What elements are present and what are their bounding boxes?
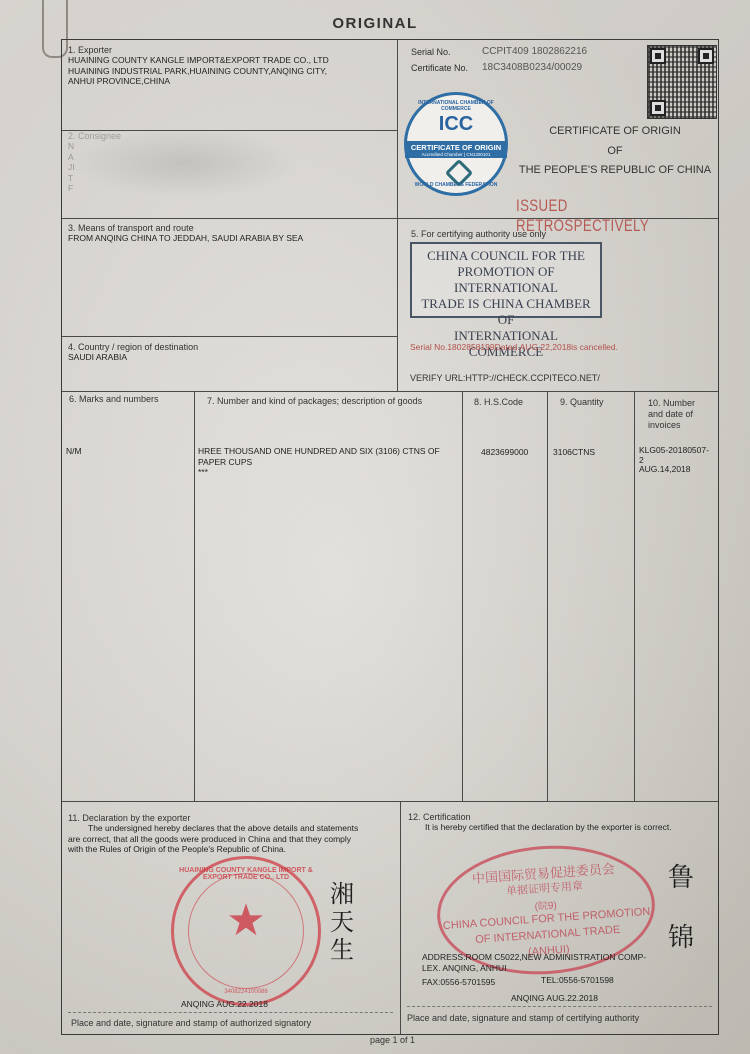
table-row-description: HREE THOUSAND ONE HUNDRED AND SIX (3106)… <box>198 446 440 478</box>
authority-signature: 鲁 锦 <box>668 848 694 968</box>
ccpit-line: PROMOTION OF INTERNATIONAL <box>418 264 594 296</box>
declaration-line: with the Rules of Origin of the People's… <box>68 844 398 855</box>
cancellation-note: Serial No.1802858199Dated.AUG.22,2018is … <box>410 342 618 352</box>
declaration-line: The undersigned hereby declares that the… <box>68 823 398 834</box>
divider <box>194 391 195 801</box>
authority-place-date: ANQING AUG.22.2018 <box>511 993 598 1004</box>
authority-tel: TEL:0556-5701598 <box>541 975 614 986</box>
header-quantity: 9. Quantity <box>560 397 604 407</box>
declaration-section: 11. Declaration by the exporter The unde… <box>68 813 398 855</box>
certificate-label: Certificate No. <box>411 63 468 73</box>
icc-band-title: CERTIFICATE OF ORIGIN <box>411 143 501 152</box>
signature-line <box>407 1006 712 1007</box>
destination-section: 4. Country / region of destination SAUDI… <box>68 342 198 363</box>
header-invoices-line: and date of <box>648 409 695 420</box>
icc-ring-text: WORLD CHAMBERS FEDERATION <box>407 182 505 188</box>
seal-number: 3408224100086 <box>174 989 318 995</box>
certificate-value: 18C3408B0234/00029 <box>482 62 582 73</box>
icc-ring-text: INTERNATIONAL CHAMBER OF COMMERCE <box>407 100 505 112</box>
exporter-line: HUAINING COUNTY KANGLE IMPORT&EXPORT TRA… <box>68 55 329 66</box>
table-row-quantity: 3106CTNS <box>553 447 595 458</box>
table-row-hs-code: 4823699000 <box>481 447 528 458</box>
authority-address: ADDRESS:ROOM C5022,NEW ADMINISTRATION CO… <box>422 952 646 973</box>
certifying-authority-label: 5. For certifying authority use only <box>411 229 546 239</box>
divider <box>62 801 718 802</box>
declaration-line: are correct, that all the goods were pro… <box>68 834 398 845</box>
serial-value: CCPIT409 1802862216 <box>482 46 587 57</box>
certificate-title-line1: CERTIFICATE OF ORIGIN <box>510 125 720 137</box>
authority-footer: Place and date, signature and stamp of c… <box>407 1013 639 1023</box>
invoice-line: KLG05-20180507- <box>639 445 709 456</box>
transport-section: 3. Means of transport and route FROM ANQ… <box>68 223 303 244</box>
invoice-line: AUG.14,2018 <box>639 464 709 475</box>
page-indicator: page 1 of 1 <box>370 1035 415 1045</box>
header-description: 7. Number and kind of packages; descript… <box>207 396 422 406</box>
header-hs-code: 8. H.S.Code <box>474 397 523 407</box>
divider <box>634 391 635 801</box>
table-row-marks: N/M <box>66 446 82 457</box>
ccpit-line: CHINA COUNCIL FOR THE <box>418 248 594 264</box>
invoice-line: 2 <box>639 456 709 464</box>
signature-line <box>68 1012 393 1013</box>
certificate-title-line2: OF <box>510 145 720 157</box>
icc-band-sub: Accredited Chamber | CN1300101 <box>405 152 507 157</box>
address-line: LEX. ANQING, ANHUI <box>422 963 646 974</box>
document-title: ORIGINAL <box>0 15 750 32</box>
address-line: ADDRESS:ROOM C5022,NEW ADMINISTRATION CO… <box>422 952 646 963</box>
icc-logo: ICC <box>407 113 505 136</box>
declaration-label: 11. Declaration by the exporter <box>68 813 398 823</box>
header-invoices-line: 10. Number <box>648 398 695 409</box>
certification-label: 12. Certification <box>408 812 672 822</box>
icc-band: CERTIFICATE OF ORIGIN Accredited Chamber… <box>405 141 507 158</box>
table-row-invoice: KLG05-20180507- 2 AUG.14,2018 <box>639 445 709 474</box>
exporter-footer: Place and date, signature and stamp of a… <box>71 1018 311 1028</box>
serial-label: Serial No. <box>411 47 451 57</box>
destination-label: 4. Country / region of destination <box>68 342 198 352</box>
verify-url[interactable]: VERIFY URL:HTTP://CHECK.CCPITECO.NET/ <box>410 373 600 383</box>
ccpit-line: TRADE IS CHINA CHAMBER OF <box>418 296 594 328</box>
redaction-smudge <box>70 128 300 198</box>
ccpit-stamp-box: CHINA COUNCIL FOR THE PROMOTION OF INTER… <box>410 242 602 318</box>
destination-value: SAUDI ARABIA <box>68 352 198 363</box>
certification-text: It is hereby certified that the declarat… <box>408 822 672 833</box>
exporter-line: ANHUI PROVINCE,CHINA <box>68 76 329 87</box>
exporter-company-seal: HUAINING COUNTY KANGLE IMPORT & EXPORT T… <box>171 856 321 1006</box>
certification-section: 12. Certification It is hereby certified… <box>408 812 672 833</box>
header-invoices: 10. Number and date of invoices <box>648 398 695 431</box>
divider <box>547 391 548 801</box>
header-marks: 6. Marks and numbers <box>69 394 159 404</box>
star-icon: ★ <box>174 895 318 946</box>
divider <box>62 336 397 337</box>
divider <box>397 40 398 392</box>
seal-ring-text: HUAINING COUNTY KANGLE IMPORT & EXPORT T… <box>174 867 318 881</box>
description-line: HREE THOUSAND ONE HUNDRED AND SIX (3106)… <box>198 446 440 457</box>
exporter-signature: 湘天生 <box>330 880 360 964</box>
divider <box>62 391 718 392</box>
header-invoices-line: invoices <box>648 420 695 431</box>
authority-fax: FAX:0556-5701595 <box>422 977 495 988</box>
exporter-place-date: ANQING AUG.22.2018 <box>181 999 268 1010</box>
transport-value: FROM ANQING CHINA TO JEDDAH, SAUDI ARABI… <box>68 233 303 244</box>
description-line: *** <box>198 467 440 478</box>
transport-label: 3. Means of transport and route <box>68 223 303 233</box>
icc-seal-icon: INTERNATIONAL CHAMBER OF COMMERCE ICC CE… <box>404 92 508 196</box>
qr-code-icon <box>647 45 717 119</box>
divider <box>400 801 401 1034</box>
certificate-title-line3: THE PEOPLE'S REPUBLIC OF CHINA <box>510 164 720 176</box>
exporter-label: 1. Exporter <box>68 45 329 55</box>
exporter-line: HUAINING INDUSTRIAL PARK,HUAINING COUNTY… <box>68 66 329 77</box>
exporter-section: 1. Exporter HUAINING COUNTY KANGLE IMPOR… <box>68 45 329 87</box>
description-line: PAPER CUPS <box>198 457 440 468</box>
divider <box>462 391 463 801</box>
